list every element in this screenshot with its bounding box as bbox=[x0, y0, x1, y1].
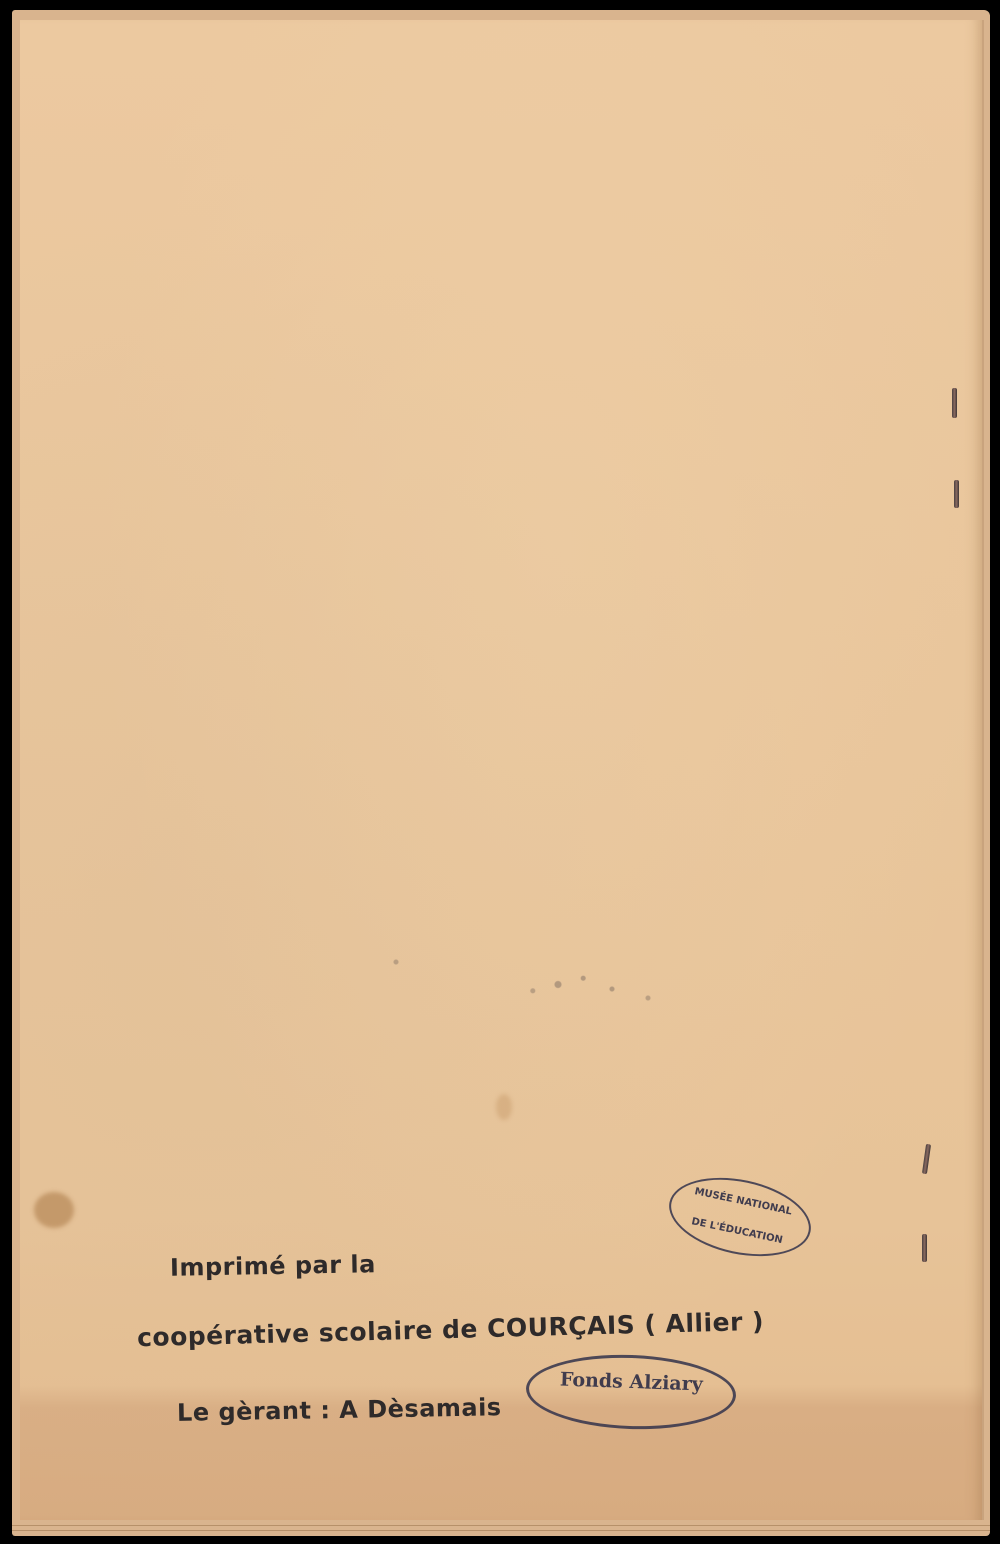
imprint-line-cooperative: coopérative scolaire de COURÇAIS ( Allie… bbox=[137, 1307, 765, 1352]
staple-mark bbox=[922, 1234, 927, 1262]
imprint-line-manager: Le gèrant : A Dèsamais bbox=[177, 1393, 502, 1427]
ink-smudge bbox=[360, 935, 720, 1025]
staple-mark bbox=[952, 388, 957, 418]
staple-mark bbox=[922, 1144, 931, 1174]
page-edge bbox=[12, 1525, 990, 1526]
fonds-alziary-stamp: Fonds Alziary bbox=[525, 1351, 737, 1432]
imprint-line-printed-by: Imprimé par la bbox=[170, 1250, 376, 1282]
back-cover-page: MUSÉE NATIONAL DE L'ÉDUCATION Imprimé pa… bbox=[20, 20, 984, 1520]
stain-left bbox=[34, 1192, 74, 1228]
page-edge bbox=[12, 1530, 990, 1531]
stain-small bbox=[496, 1094, 512, 1120]
staple-mark bbox=[954, 480, 959, 508]
page-stack: MUSÉE NATIONAL DE L'ÉDUCATION Imprimé pa… bbox=[12, 10, 990, 1536]
museum-stamp: MUSÉE NATIONAL DE L'ÉDUCATION bbox=[662, 1166, 818, 1268]
fonds-stamp-text: Fonds Alziary bbox=[560, 1369, 704, 1396]
